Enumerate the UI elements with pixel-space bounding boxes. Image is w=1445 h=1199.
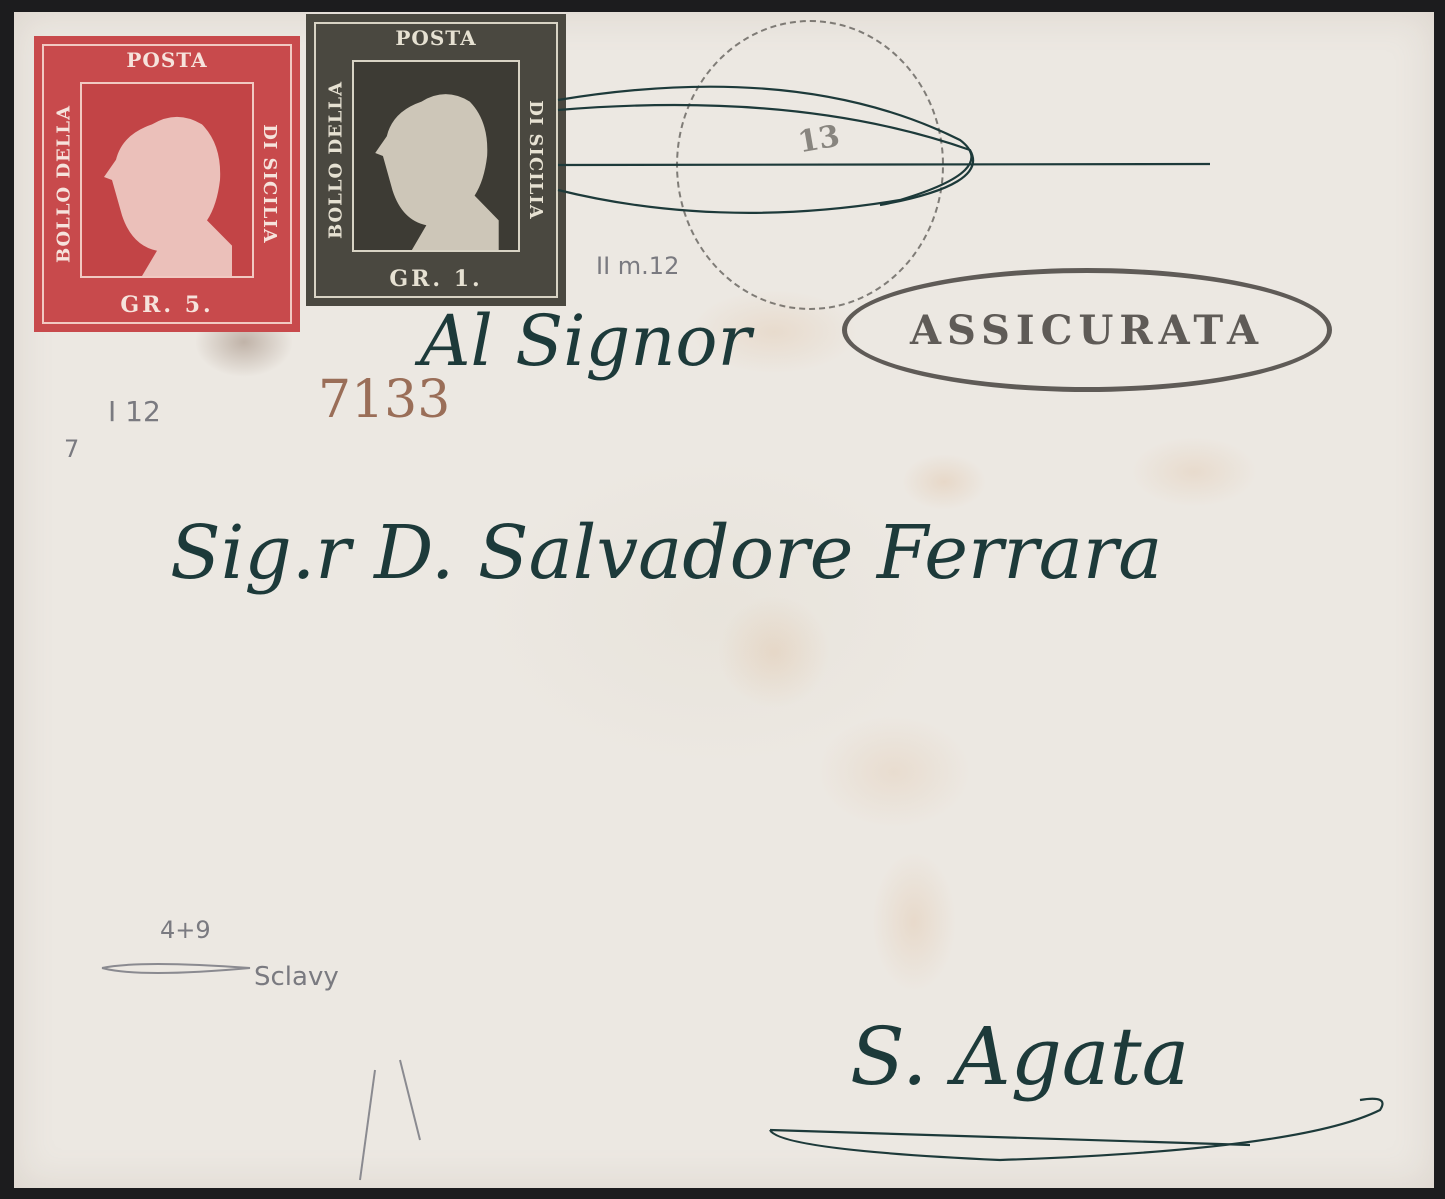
pencil-note-i12: I 12 <box>108 395 161 428</box>
stamp-right-text: DI SICILIA <box>526 100 547 220</box>
circular-date-postmark: 13 <box>676 20 944 310</box>
pencil-note-ii: II m.12 <box>596 252 679 280</box>
stamp-value-text: GR. 5. <box>34 292 300 318</box>
stamp-top-text: POSTA <box>306 26 566 50</box>
assicurata-oval-handstamp: ASSICURATA <box>842 268 1332 392</box>
stamp-top-text: POSTA <box>34 48 300 72</box>
registration-number: 7133 <box>318 370 450 430</box>
stamp-right-text: DI SICILIA <box>260 124 281 244</box>
pencil-note-sum: 4+9 <box>160 916 211 944</box>
stamp-5-grana-red: POSTA BOLLO DELLA DI SICILIA GR. 5. <box>34 36 300 332</box>
pencil-note-7: 7 <box>64 435 79 463</box>
address-line-salutation: Al Signor <box>420 300 751 382</box>
stamp-value-text: GR. 1. <box>306 266 566 292</box>
address-line-town: S. Agata <box>850 1010 1189 1103</box>
oval-handstamp-text: ASSICURATA <box>910 307 1264 354</box>
stamp-left-text: BOLLO DELLA <box>326 81 347 239</box>
pencil-signature: Sclavy <box>254 962 339 992</box>
stamp-1-grano-black: POSTA BOLLO DELLA DI SICILIA GR. 1. <box>306 14 566 306</box>
stamp-left-text: BOLLO DELLA <box>54 105 75 263</box>
address-line-recipient: Sig.r D. Salvadore Ferrara <box>170 510 1162 596</box>
postmark-date: 13 <box>795 119 842 161</box>
king-portrait-icon <box>80 82 254 278</box>
king-portrait-icon <box>352 60 520 252</box>
